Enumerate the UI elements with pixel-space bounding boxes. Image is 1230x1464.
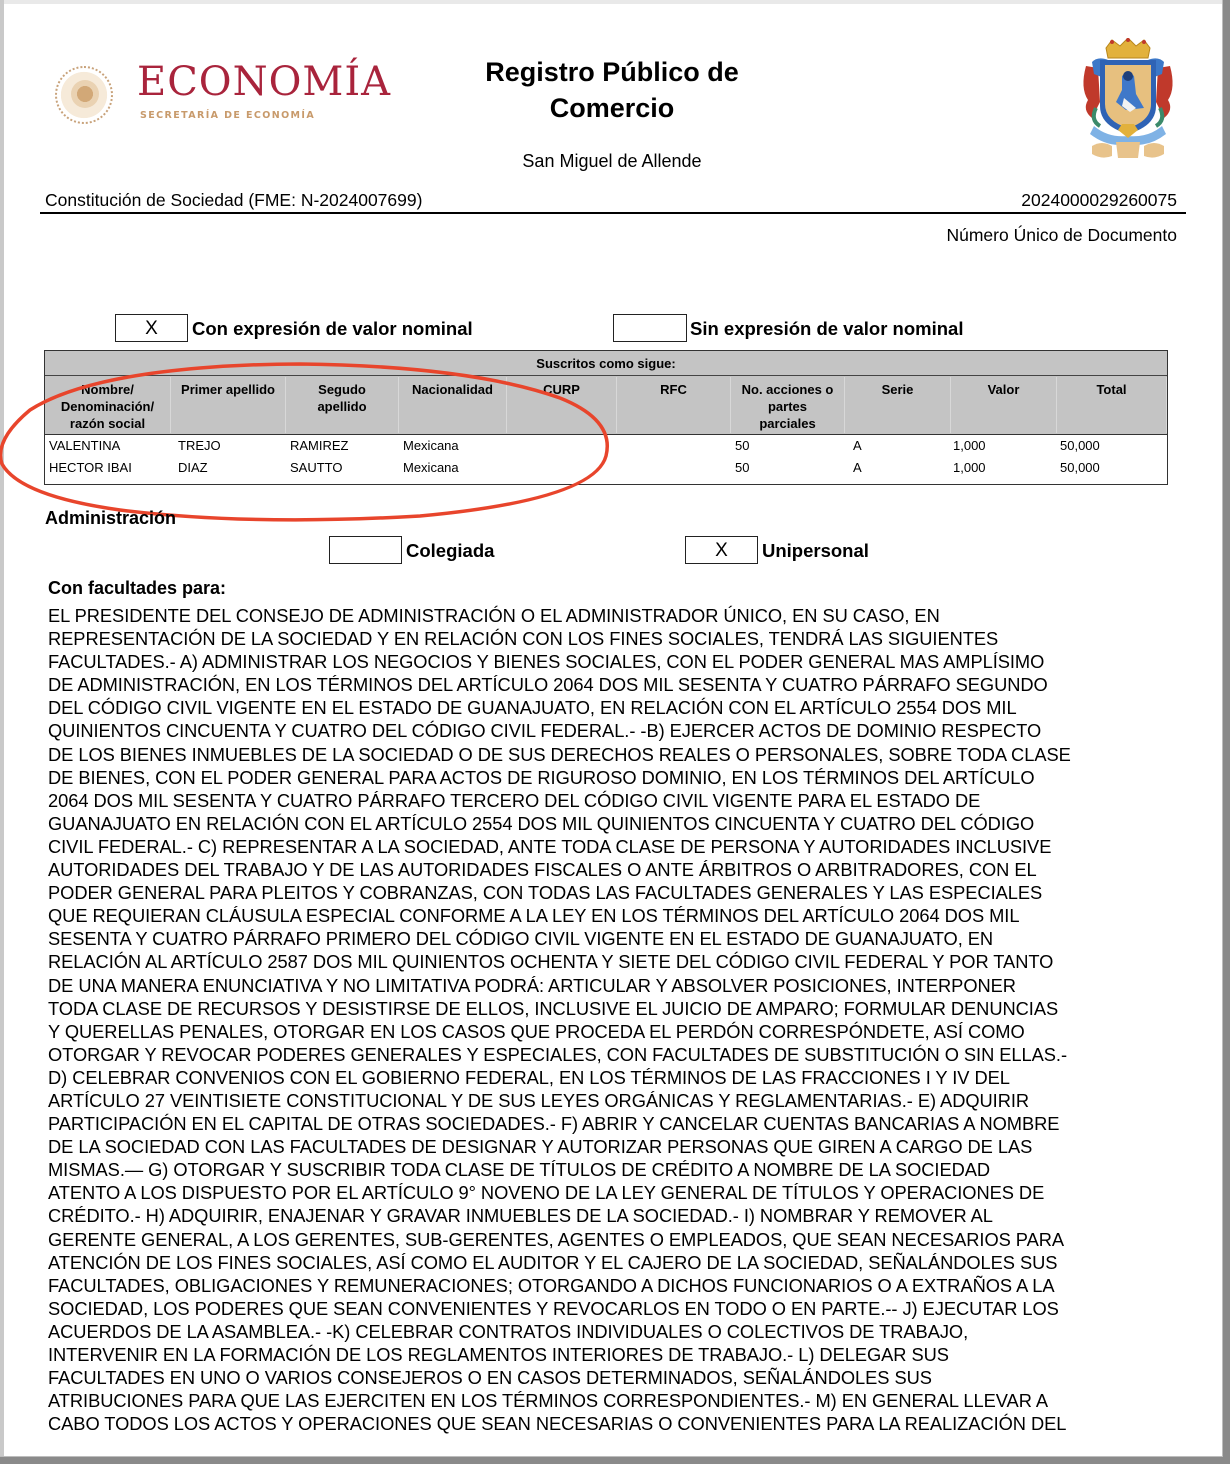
- powers-text-line: ATENCIÓN DE LOS FINES SOCIALES, ASÍ COMO…: [48, 1251, 1198, 1274]
- without-nominal-value-label: Sin expresión de valor nominal: [690, 318, 963, 340]
- table-cell: 50,000: [1060, 438, 1100, 454]
- unipersonal-checkbox[interactable]: X: [685, 536, 758, 564]
- powers-text-line: ATRIBUCIONES PARA QUE LAS EJERCITEN EN L…: [48, 1389, 1198, 1412]
- powers-text-line: D) CELEBRAR CONVENIOS CON EL GOBIERNO FE…: [48, 1066, 1198, 1089]
- unipersonal-label: Unipersonal: [762, 540, 869, 562]
- powers-text-line: DE ADMINISTRACIÓN, EN LOS TÉRMINOS DEL A…: [48, 673, 1198, 696]
- guanajuato-coat-of-arms-icon: [1078, 38, 1178, 163]
- table-cell: 50: [735, 438, 749, 454]
- eagle-emblem-icon: [71, 80, 99, 108]
- powers-text-line: Y QUERELLAS PENALES, OTORGAR EN LOS CASO…: [48, 1020, 1198, 1043]
- powers-text: EL PRESIDENTE DEL CONSEJO DE ADMINISTRAC…: [48, 604, 1198, 1435]
- table-cell: Mexicana: [403, 438, 459, 454]
- powers-text-line: REPRESENTACIÓN DE LA SOCIEDAD Y EN RELAC…: [48, 627, 1198, 650]
- powers-text-line: QUE REQUIERAN CLÁUSULA ESPECIAL CONFORME…: [48, 904, 1198, 927]
- powers-text-line: AUTORIDADES DEL TRABAJO Y DE LAS AUTORID…: [48, 858, 1198, 881]
- table-cell: A: [853, 438, 862, 454]
- document-type: Constitución de Sociedad (FME: N-2024007…: [45, 190, 422, 211]
- powers-text-line: 2064 DOS MIL SESENTA Y CUATRO PÁRRAFO TE…: [48, 789, 1198, 812]
- column-header: Nacionalidad: [399, 377, 507, 433]
- document-number: 2024000029260075: [1021, 190, 1177, 211]
- powers-text-line: PODER GENERAL PARA PLEITOS Y COBRANZAS, …: [48, 881, 1198, 904]
- brand-subtitle: SECRETARÍA DE ECONOMÍA: [140, 110, 315, 121]
- powers-text-line: DE LOS BIENES INMUEBLES DE LA SOCIEDAD O…: [48, 743, 1198, 766]
- brand-name: ECONOMÍA: [137, 62, 391, 102]
- column-header: Total: [1057, 377, 1167, 433]
- table-cell: Mexicana: [403, 460, 459, 476]
- header-divider: [40, 212, 1186, 214]
- table-cell: 1,000: [953, 460, 986, 476]
- powers-text-line: DE UNA MANERA ENUNCIATIVA Y NO LIMITATIV…: [48, 974, 1198, 997]
- table-cell: A: [853, 460, 862, 476]
- column-header: RFC: [617, 377, 731, 433]
- city-name: San Miguel de Allende: [412, 151, 812, 172]
- powers-title: Con facultades para:: [48, 578, 226, 599]
- powers-text-line: CRÉDITO.- H) ADQUIRIR, ENAJENAR Y GRAVAR…: [48, 1204, 1198, 1227]
- powers-text-line: EL PRESIDENTE DEL CONSEJO DE ADMINISTRAC…: [48, 604, 1198, 627]
- table-cell: HECTOR IBAI: [49, 460, 132, 476]
- document-page: ECONOMÍA SECRETARÍA DE ECONOMÍA Registro…: [0, 0, 1223, 1457]
- title-line-1: Registro Público de: [412, 54, 812, 90]
- column-header: Segudo apellido: [286, 377, 399, 433]
- with-nominal-value-label: Con expresión de valor nominal: [192, 318, 473, 340]
- powers-text-line: FACULTADES.- A) ADMINISTRAR LOS NEGOCIOS…: [48, 650, 1198, 673]
- mexican-coat-of-arms-seal-icon: [55, 66, 113, 124]
- powers-text-line: PARTICIPACIÓN EN EL CAPITAL DE OTRAS SOC…: [48, 1112, 1198, 1135]
- powers-text-line: SOCIEDAD, LOS PODERES QUE SEAN CONVENIEN…: [48, 1297, 1198, 1320]
- powers-text-line: FACULTADES EN UNO O VARIOS CONSEJEROS O …: [48, 1366, 1198, 1389]
- powers-text-line: ARTÍCULO 27 VEINTISIETE CONSTITUCIONAL Y…: [48, 1089, 1198, 1112]
- powers-text-line: MISMAS.— G) OTORGAR Y SUSCRIBIR TODA CLA…: [48, 1158, 1198, 1181]
- powers-text-line: CABO TODOS LOS ACTOS Y OPERACIONES QUE S…: [48, 1412, 1198, 1435]
- powers-text-line: GERENTE GENERAL, A LOS GERENTES, SUB-GER…: [48, 1228, 1198, 1251]
- page-left-edge: [0, 0, 4, 1456]
- table-cell: 50,000: [1060, 460, 1100, 476]
- title-line-2: Comercio: [412, 90, 812, 126]
- powers-text-line: ACUERDOS DE LA ASAMBLEA.- -K) CELEBRAR C…: [48, 1320, 1198, 1343]
- colegiada-label: Colegiada: [406, 540, 494, 562]
- column-header: No. acciones o partes parciales: [731, 377, 845, 433]
- powers-text-line: DE LA SOCIEDAD CON LAS FACULTADES DE DES…: [48, 1135, 1198, 1158]
- table-cell: 50: [735, 460, 749, 476]
- powers-text-line: DEL CÓDIGO CIVIL VIGENTE EN EL ESTADO DE…: [48, 696, 1198, 719]
- with-nominal-value-checkbox[interactable]: X: [115, 314, 188, 342]
- table-cell: SAUTTO: [290, 460, 343, 476]
- powers-text-line: TODA CLASE DE RECURSOS Y DESISTIRSE DE E…: [48, 997, 1198, 1020]
- table-cell: 1,000: [953, 438, 986, 454]
- administration-title: Administración: [45, 508, 176, 529]
- shares-table: Suscritos como sigue: Nombre/ Denominaci…: [44, 350, 1168, 485]
- page-title: Registro Público de Comercio: [412, 54, 812, 126]
- table-cell: DIAZ: [178, 460, 208, 476]
- powers-text-line: RELACIÓN AL ARTÍCULO 2587 DOS MIL QUINIE…: [48, 950, 1198, 973]
- column-header: Valor: [951, 377, 1057, 433]
- powers-text-line: FACULTADES, OBLIGACIONES Y REMUNERACIONE…: [48, 1274, 1198, 1297]
- powers-text-line: OTORGAR Y REVOCAR PODERES GENERALES Y ES…: [48, 1043, 1198, 1066]
- powers-text-line: INTERVENIR EN LA FORMACIÓN DE LOS REGLAM…: [48, 1343, 1198, 1366]
- colegiada-checkbox[interactable]: [329, 536, 402, 564]
- table-cell: RAMIREZ: [290, 438, 349, 454]
- column-header: Nombre/ Denominación/ razón social: [45, 377, 171, 433]
- powers-text-line: GUANAJUATO EN RELACIÓN CON EL ARTÍCULO 2…: [48, 812, 1198, 835]
- powers-text-line: CIVIL FEDERAL.- C) REPRESENTAR A LA SOCI…: [48, 835, 1198, 858]
- powers-text-line: SESENTA Y CUATRO PÁRRAFO PRIMERO DEL CÓD…: [48, 927, 1198, 950]
- without-nominal-value-checkbox[interactable]: [613, 314, 687, 342]
- powers-text-line: ATENTO A LOS DISPUESTO POR EL ARTÍCULO 9…: [48, 1181, 1198, 1204]
- column-header: Serie: [845, 377, 951, 433]
- powers-text-line: QUINIENTOS CINCUENTA Y CUATRO DEL CÓDIGO…: [48, 719, 1198, 742]
- table-cell: VALENTINA: [49, 438, 120, 454]
- shares-table-header: Suscritos como sigue: Nombre/ Denominaci…: [45, 351, 1167, 435]
- column-header: CURP: [507, 377, 617, 433]
- shares-table-caption: Suscritos como sigue:: [45, 351, 1167, 376]
- page-top-edge: [0, 0, 1222, 4]
- document-number-label: Número Único de Documento: [946, 225, 1177, 246]
- column-header: Primer apellido: [171, 377, 286, 433]
- table-cell: TREJO: [178, 438, 221, 454]
- powers-text-line: DE BIENES, CON EL PODER GENERAL PARA ACT…: [48, 766, 1198, 789]
